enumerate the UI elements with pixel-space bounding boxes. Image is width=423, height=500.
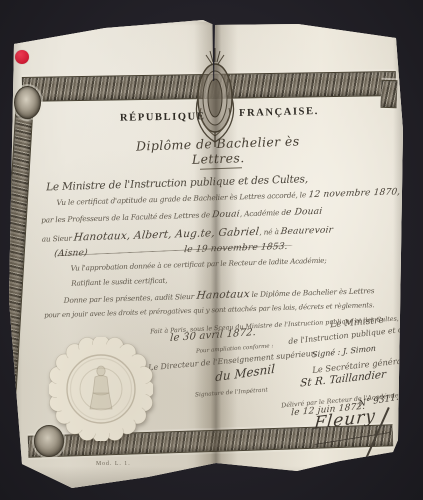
- printed-text: par les Professeurs de la Faculté des Le…: [41, 210, 212, 224]
- embossed-seal-icon: [49, 337, 153, 441]
- printed-text: Ratifiant le susdit certificat,: [71, 276, 167, 288]
- handwritten-name: Hanotaux: [195, 288, 250, 302]
- engraved-border-right-stub: [381, 80, 398, 109]
- printed-text: le Diplôme de Bachelier ès Lettres: [249, 286, 374, 299]
- diploma-body-text: Le Ministre de l'Instruction publique et…: [40, 170, 400, 319]
- diploma-document: RÉPUBLIQUE FRANÇAISE. Diplôme de Bacheli…: [0, 0, 423, 500]
- impetrant-caption: Signature de l'Impétrant: [195, 387, 268, 398]
- red-dot-sticker: [15, 50, 29, 64]
- laurel-crest-icon: [191, 46, 239, 148]
- masthead-republique: RÉPUBLIQUE: [120, 111, 206, 123]
- handwritten-name: Hanotaux, Albert, Aug.te, Gabriel: [73, 226, 260, 244]
- printed-text: Vu l'approbation donnée à ce certificat …: [71, 256, 327, 273]
- printed-text: , Académie d: [240, 208, 286, 218]
- handwritten-text: e Douai: [285, 207, 322, 218]
- printed-text: , né à: [259, 227, 281, 237]
- corner-medallion-icon: [14, 86, 41, 119]
- handwritten-text: 12 novembre 1870,: [308, 187, 401, 200]
- minister-signed: Signé : J. Simon: [312, 344, 376, 360]
- printed-text: Le Ministre de l'Instruction publique et…: [46, 173, 308, 193]
- handwritten-text: Douai: [212, 209, 241, 220]
- model-label: Mod. L. 1.: [96, 461, 131, 467]
- printed-text: Vu le certificat d'aptitude au grade de …: [56, 190, 308, 207]
- title-divider: [200, 167, 242, 169]
- photo-background: RÉPUBLIQUE FRANÇAISE. Diplôme de Bacheli…: [0, 0, 423, 500]
- engraved-border-left: [0, 98, 34, 438]
- diploma-title: Diplôme de Bachelier ès Lettres.: [122, 133, 315, 169]
- masthead-francaise: FRANÇAISE.: [239, 106, 319, 119]
- printed-text: au Sieur: [42, 234, 74, 244]
- printed-text: Donne par les présentes, audit Sieur: [64, 292, 197, 305]
- handwritten-text: Beaurevoir: [280, 225, 333, 237]
